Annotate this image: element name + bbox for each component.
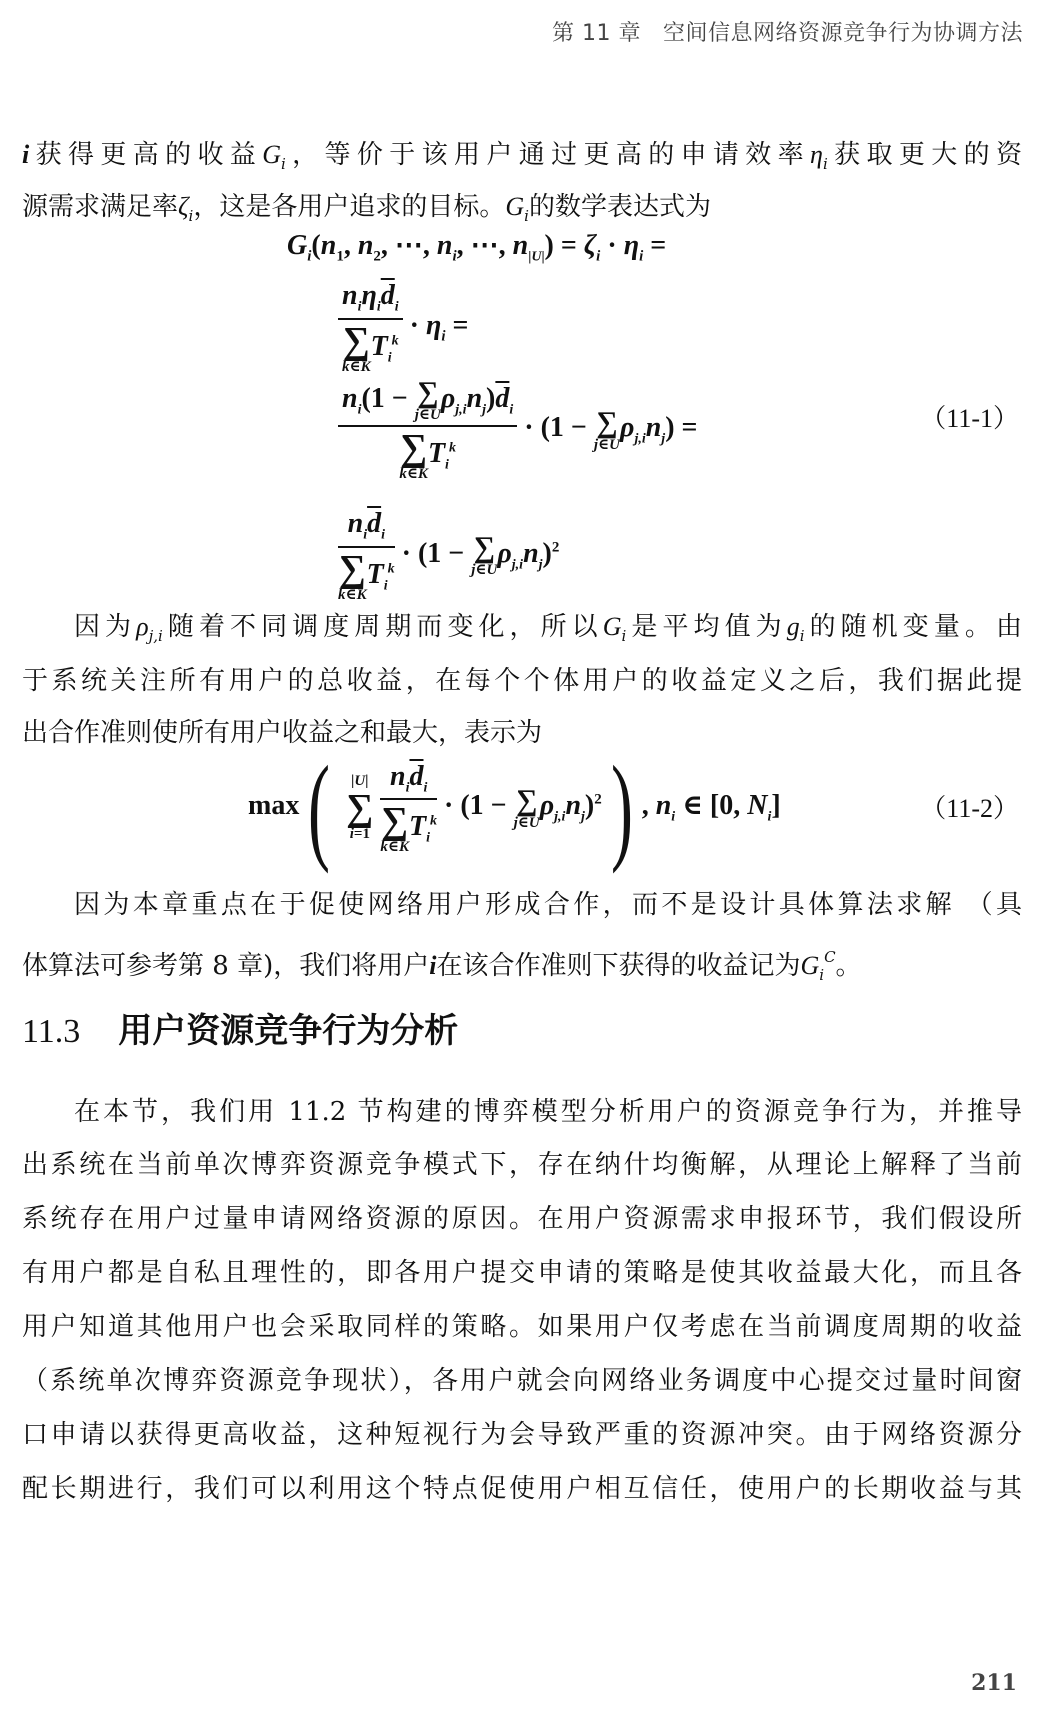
text-run: 获得更高的收益: [29, 140, 262, 170]
math-var: G: [505, 192, 524, 221]
equation-11-2: max( |U|∑i=1 nidi∑k∈KTik · (1 − ∑j∈Uρj,i…: [248, 748, 781, 868]
paragraph-3-line-2: 体算法可参考第 8 章)，我们将用户i在该合作准则下获得的收益记为GiC。: [22, 928, 1022, 1004]
text-run: 因为: [74, 612, 136, 642]
paragraph-line: 口申请以获得更高收益，这种短视行为会导致严重的资源冲突。由于网络资源分: [22, 1406, 1022, 1464]
equation-11-1-row-3: ni(1 − ∑j∈Uρj,inj)di∑k∈KTik · (1 − ∑j∈Uρ…: [338, 378, 697, 482]
math-var: G: [800, 951, 819, 980]
paragraph-2-line-2: 于系统关注所有用户的总收益，在每个个体用户的收益定义之后，我们据此提: [22, 652, 1022, 710]
text-run: 体算法可参考第 8 章)，我们将用户: [22, 951, 429, 981]
page-number: 211: [971, 1670, 1017, 1696]
section-heading: 11.3用户资源竞争行为分析: [22, 1003, 458, 1052]
text-run: 随着不同调度周期而变化，所以: [163, 612, 603, 642]
paragraph-line: 出系统在当前单次博弈资源竞争模式下，存在纳什均衡解，从理论上解释了当前: [22, 1136, 1022, 1194]
paragraph-line: （系统单次博弈资源竞争现状），各用户就会向网络业务调度中心提交过量时间窗: [22, 1352, 1022, 1410]
paragraph-line: 在本节，我们用 11.2 节构建的博弈模型分析用户的资源竞争行为，并推导: [22, 1083, 1022, 1141]
paragraph-line: 有用户都是自私且理性的，即各用户提交申请的策略是使其收益最大化，而且各: [22, 1244, 1022, 1302]
chapter-title: 空间信息网络资源竞争行为协调方法: [663, 21, 1023, 46]
text-run: ，这是各用户追求的目标。: [193, 192, 505, 222]
equation-11-1-row-1: Gi(n1, n2, ⋯, ni, ⋯, n|U|) = ζi · ηi =: [287, 228, 666, 266]
section-number: 11.3: [22, 1013, 80, 1050]
text-run: 获取更大的资: [828, 140, 1022, 170]
equation-number: （11-2）: [920, 788, 1019, 825]
chapter-label: 第 11 章: [552, 21, 641, 46]
text-run: 源需求满足率: [22, 192, 178, 222]
math-sup: C: [824, 948, 835, 966]
equation-11-1-row-4: nidi∑k∈KTik · (1 − ∑j∈Uρj,inj)2: [338, 508, 559, 603]
equation-11-1-row-2: niηidi∑k∈KTik · ηi =: [338, 280, 468, 375]
text-run: 。: [836, 951, 862, 981]
math-var: G: [603, 612, 622, 641]
text-run: ，等价于该用户通过更高的申请效率: [286, 140, 810, 170]
math-sub: j,i: [149, 627, 163, 645]
paragraph-line: 配长期进行，我们可以利用这个特点促使用户相互信任，使用户的长期收益与其: [22, 1460, 1022, 1518]
text-run: 是平均值为: [626, 612, 786, 642]
section-title: 用户资源竞争行为分析: [118, 1011, 458, 1051]
paragraph-3-line-1: 因为本章重点在于促使网络用户形成合作，而不是设计具体算法求解 （具: [22, 876, 1022, 934]
running-header: 第 11 章空间信息网络资源竞争行为协调方法: [552, 16, 1023, 47]
equation-number: （11-1）: [920, 398, 1019, 435]
math-var: g: [787, 612, 800, 641]
max-operator: max: [248, 790, 299, 821]
paragraph-line: 用户知道其他用户也会采取同样的策略。如果用户仅考虑在当前调度周期的收益: [22, 1298, 1022, 1356]
math-var: η: [810, 140, 823, 169]
text-run: 的随机变量。由: [805, 612, 1022, 642]
text-run: 的数学表达式为: [529, 192, 711, 222]
math-var: G: [262, 140, 281, 169]
math-var: ρ: [136, 612, 148, 641]
math-var: ζ: [178, 192, 189, 221]
math-sub: i: [819, 966, 824, 984]
text-run: 在该合作准则下获得的收益记为: [436, 951, 800, 981]
paragraph-line: 系统存在用户过量申请网络资源的原因。在用户资源需求申报环节，我们假设所: [22, 1190, 1022, 1248]
